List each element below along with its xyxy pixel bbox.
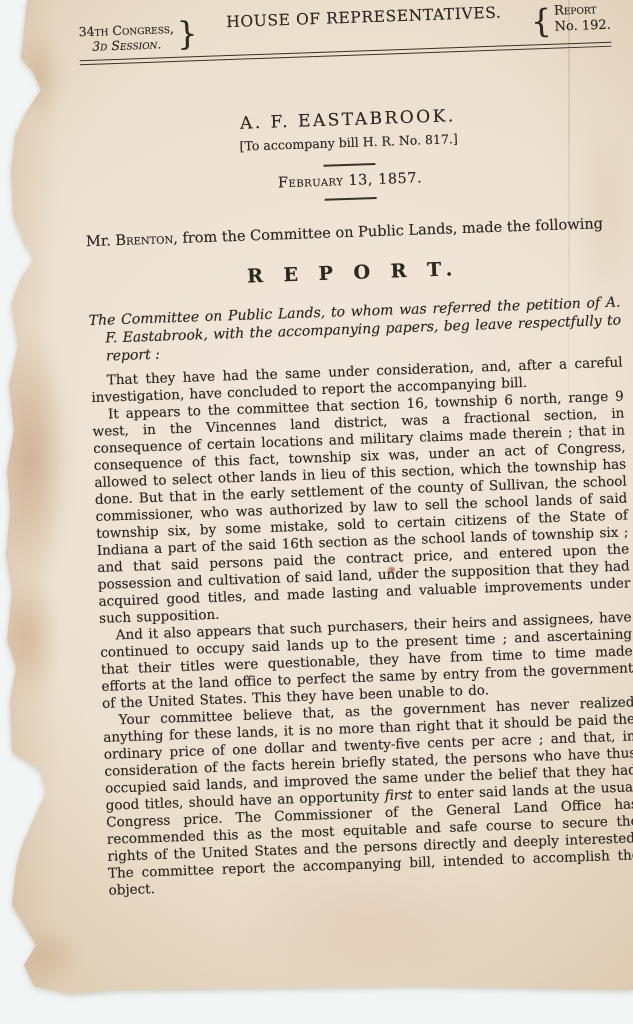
committee-attribution-line: Mr. Brenton, from the Committee on Publi… [86, 216, 618, 251]
document-date: February 13, 1857. [84, 164, 616, 199]
left-brace-glyph: } [173, 15, 201, 52]
body-paragraph-2: It appears to the committee that section… [92, 388, 631, 627]
session-line: 3d Session. [79, 36, 175, 54]
paragraph-4-italic-word: first [385, 787, 413, 804]
header-left-group: 34th Congress, 3d Session. } [78, 13, 201, 55]
report-number-block: Report No. 192. [554, 2, 611, 36]
resolution-intro-paragraph: The Committee on Public Lands, to whom w… [88, 294, 622, 367]
member-name: Brenton [115, 231, 173, 249]
chamber-title: HOUSE OF REPRESENTATIVES. [226, 3, 502, 32]
attribution-suffix: , from the Committee on Public Lands, ma… [173, 216, 603, 247]
paper-sheet-wrapper: 34th Congress, 3d Session. } HOUSE OF RE… [0, 0, 633, 1024]
report-body: That they have had the same under consid… [91, 354, 633, 899]
congress-session-block: 34th Congress, 3d Session. [78, 15, 174, 54]
paper-sheet: 34th Congress, 3d Session. } HOUSE OF RE… [0, 0, 633, 995]
scanned-page: 34th Congress, 3d Session. } HOUSE OF RE… [0, 0, 633, 1024]
report-heading: R E P O R T. [87, 253, 619, 294]
attribution-prefix: Mr. [86, 233, 116, 250]
stain-left-lower [0, 575, 58, 700]
stain-left-edge-band [0, 0, 58, 995]
stain-left-middle [0, 330, 72, 585]
short-divider-top [323, 163, 375, 167]
stain-bottom-left [8, 925, 83, 987]
stain-top-left [14, 30, 64, 125]
printed-content: 34th Congress, 3d Session. } HOUSE OF RE… [78, 0, 633, 900]
header-right-group: { Report No. 192. [527, 0, 611, 40]
right-brace-glyph: { [527, 3, 555, 40]
body-paragraph-4: Your committee believe that, as the gove… [102, 694, 633, 899]
report-number: No. 192. [554, 18, 611, 36]
short-divider-bottom [325, 197, 377, 201]
